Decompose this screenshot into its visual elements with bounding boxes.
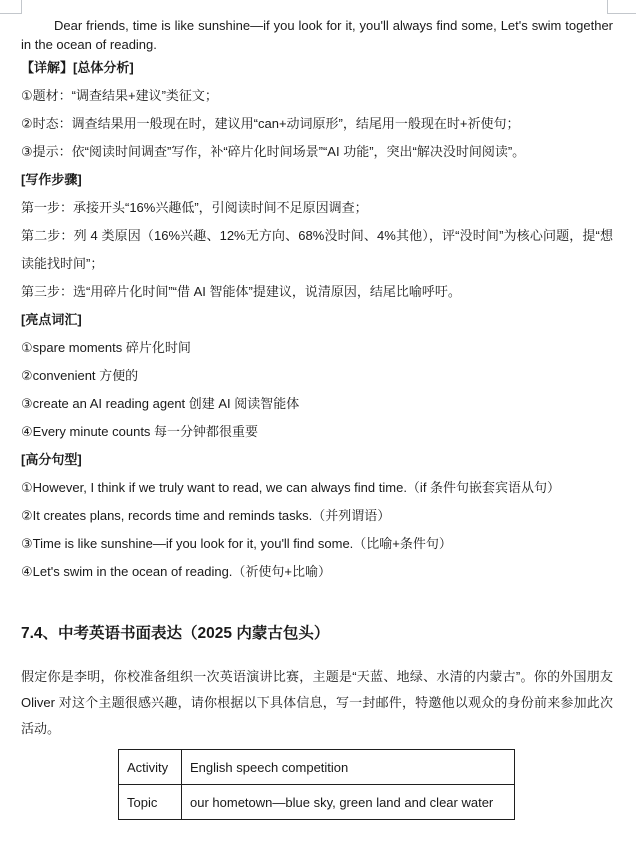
sentences-title: [高分句型] <box>21 446 613 474</box>
analysis-point-tense: ②时态：调查结果用一般现在时，建议用“can+动词原形”，结尾用一般现在时+祈使… <box>21 110 613 138</box>
writing-step-2: 第二步：列 4 类原因（16%兴趣、12%无方向、68%没时间、4%其他），评“… <box>21 222 613 278</box>
prompt-paragraph: 假定你是李明，你校准备组织一次英语演讲比赛，主题是“天蓝、地绿、水清的内蒙古”。… <box>21 664 613 742</box>
analysis-point-hint: ③提示：依“阅读时间调查”写作，补“碎片化时间场景”“AI 功能”，突出“解决没… <box>21 138 613 166</box>
vocab-item-3: ③create an AI reading agent 创建 AI 阅读智能体 <box>21 390 613 418</box>
sentence-item-2: ②It creates plans, records time and remi… <box>21 502 613 530</box>
text-boundary-mark-top-left <box>0 0 22 14</box>
document-page: Dear friends, time is like sunshine—if y… <box>0 0 636 845</box>
writing-step-3: 第三步：选“用碎片化时间”“借 AI 智能体”提建议，说清原因，结尾比喻呼吁。 <box>21 278 613 306</box>
topic-label-cell: Topic <box>119 785 182 820</box>
writing-steps-title: [写作步骤] <box>21 166 613 194</box>
topic-value-cell: our hometown—blue sky, green land and cl… <box>182 785 515 820</box>
table-row-activity: Activity English speech competition <box>119 750 515 785</box>
sentence-item-1: ①However, I think if we truly want to re… <box>21 474 613 502</box>
analysis-title: 【详解】[总体分析] <box>21 54 613 82</box>
analysis-point-theme: ①题材：“调查结果+建议”类征文； <box>21 82 613 110</box>
sentence-item-4: ④Let's swim in the ocean of reading.（祈使句… <box>21 558 613 586</box>
activity-label-cell: Activity <box>119 750 182 785</box>
vocab-item-1: ①spare moments 碎片化时间 <box>21 334 613 362</box>
table-row-topic: Topic our hometown—blue sky, green land … <box>119 785 515 820</box>
intro-paragraph: Dear friends, time is like sunshine—if y… <box>21 0 613 54</box>
activity-value-cell: English speech competition <box>182 750 515 785</box>
page-content: Dear friends, time is like sunshine—if y… <box>21 0 613 820</box>
vocab-item-2: ②convenient 方便的 <box>21 362 613 390</box>
info-table: Activity English speech competition Topi… <box>118 749 515 820</box>
vocab-title: [亮点词汇] <box>21 306 613 334</box>
writing-step-1: 第一步：承接开头“16%兴趣低”，引阅读时间不足原因调查； <box>21 194 613 222</box>
sentence-item-3: ③Time is like sunshine—if you look for i… <box>21 530 613 558</box>
section-heading-7-4: 7.4、中考英语书面表达（2025 内蒙古包头） <box>21 622 613 646</box>
vocab-item-4: ④Every minute counts 每一分钟都很重要 <box>21 418 613 446</box>
